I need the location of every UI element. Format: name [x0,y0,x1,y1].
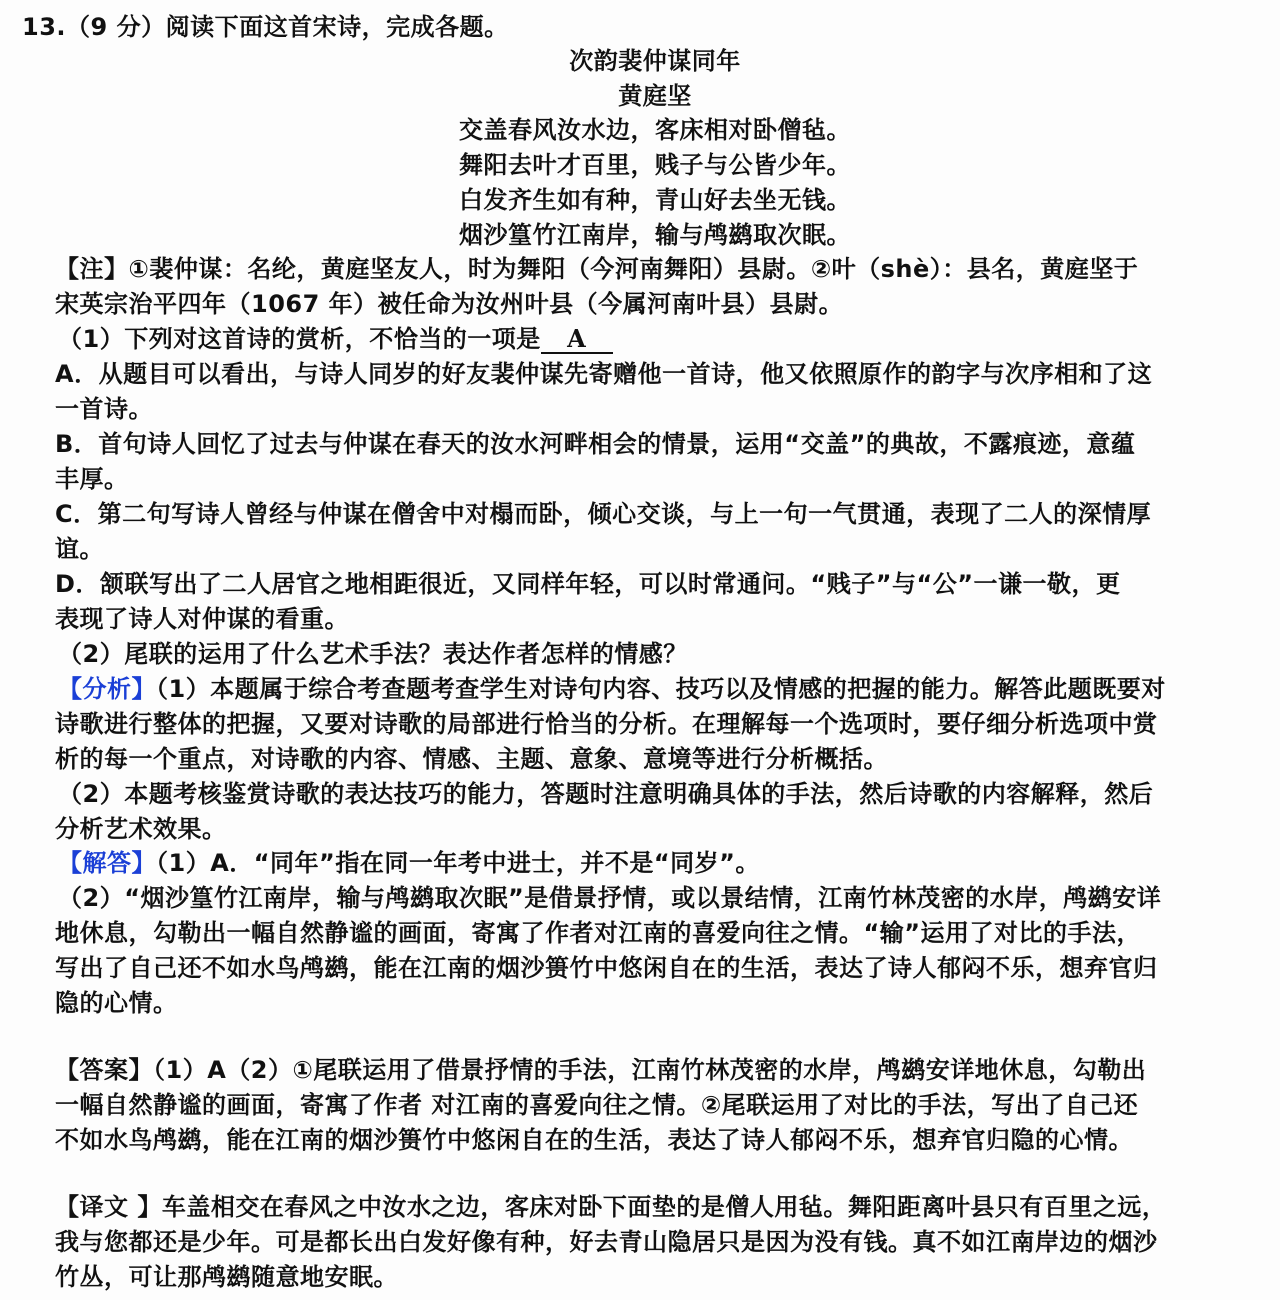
poem-author: 黄庭坚 [0,79,1280,113]
poem-line: 白发齐生如有种，青山好去坐无钱。 [0,183,1280,217]
option-b-line: B．首句诗人回忆了过去与仲谋在春天的汝水河畔相会的情景，运用“交盖”的典故，不露… [55,427,1135,461]
solution-line: 隐的心情。 [55,986,178,1020]
solution-line: 写出了自己还不如水鸟鸬鹚，能在江南的烟沙篑竹中悠闲自在的生活，表达了诗人郁闷不乐… [55,951,1158,985]
sub-question-1-prompt: （1）下列对这首诗的赏析，不恰当的一项是 [58,325,541,353]
analysis-line: 诗歌进行整体的把握，又要对诗歌的局部进行恰当的分析。在理解每一个选项时，要仔细分… [55,707,1158,741]
analysis-line: （2）本题考核鉴赏诗歌的表达技巧的能力，答题时注意明确具体的手法，然后诗歌的内容… [58,777,1153,811]
solution-line: 地休息，勾勒出一幅自然静谧的画面，寄寓了作者对江南的喜爱向往之情。“输”运用了对… [55,916,1141,950]
analysis-text: （1）本题属于综合考查题考查学生对诗句内容、技巧以及情感的把握的能力。解答此题既… [156,675,1166,703]
translation-line: 【译文 】车盖相交在春风之中汝水之边，客床对卧下面垫的是僧人用毡。舞阳距离叶县只… [55,1190,1166,1224]
option-d-line: D．颔联写出了二人居官之地相距很近，又同样年轻，可以时常通问。“贱子”与“公”一… [55,567,1121,601]
option-b-line: 丰厚。 [55,462,129,496]
translation-line: 我与您都还是少年。可是都长出白发好像有种，好去青山隐居只是因为没有钱。真不如江南… [55,1225,1158,1259]
sub-question-1: （1）下列对这首诗的赏析，不恰当的一项是A [58,322,613,356]
solution-line: 【解答】（1）A．“同年”指在同一年考中进士，并不是“同岁”。 [58,846,760,880]
solution-text: （1）A．“同年”指在同一年考中进士，并不是“同岁”。 [156,849,760,877]
poem-line: 舞阳去叶才百里，贱子与公皆少年。 [0,148,1280,182]
option-c-line: 谊。 [55,532,104,566]
option-d-line: 表现了诗人对仲谋的看重。 [55,602,349,636]
analysis-label: 【分析】 [58,675,156,703]
answer-key-line: 一幅自然静谧的画面，寄寓了作者 对江南的喜爱向往之情。②尾联运用了对比的手法，写… [55,1088,1138,1122]
poem-line: 交盖春风汝水边，客床相对卧僧毡。 [0,113,1280,147]
poem-line: 烟沙篁竹江南岸，输与鸬鹚取次眠。 [0,218,1280,252]
answer-key-line: 不如水鸟鸬鹚，能在江南的烟沙篑竹中悠闲自在的生活，表达了诗人郁闷不乐，想弃官归隐… [55,1123,1133,1157]
solution-label: 【解答】 [58,849,156,877]
exam-page: 13.（9 分）阅读下面这首宋诗，完成各题。 次韵裴仲谋同年 黄庭坚 交盖春风汝… [0,0,1280,1300]
analysis-line: 【分析】（1）本题属于综合考查题考查学生对诗句内容、技巧以及情感的把握的能力。解… [58,672,1166,706]
option-a-line: 一首诗。 [55,392,153,426]
analysis-line: 分析艺术效果。 [55,812,227,846]
sub-question-2: （2）尾联的运用了什么艺术手法？表达作者怎样的情感？ [58,637,688,671]
option-c-line: C．第二句写诗人曾经与仲谋在僧舍中对榻而卧，倾心交谈，与上一句一气贯通，表现了二… [55,497,1151,531]
note-line: 宋英宗治平四年（1067 年）被任命为汝州叶县（今属河南叶县）县尉。 [55,287,843,321]
note-line: 【注】①裴仲谋：名纶，黄庭坚友人，时为舞阳（今河南舞阳）县尉。②叶（shè）：县… [55,252,1138,286]
question-title: 13.（9 分）阅读下面这首宋诗，完成各题。 [22,10,509,44]
answer-key-line: 【答案】（1）A（2）①尾联运用了借景抒情的手法，江南竹林茂密的水岸，鸬鹚安详地… [55,1053,1146,1087]
poem-title: 次韵裴仲谋同年 [0,44,1280,78]
answer-blank: A [541,326,613,354]
solution-line: （2）“烟沙篁竹江南岸，输与鸬鹚取次眠”是借景抒情，或以景结情，江南竹林茂密的水… [58,881,1161,915]
option-a-line: A．从题目可以看出，与诗人同岁的好友裴仲谋先寄赠他一首诗，他又依照原作的韵字与次… [55,357,1152,391]
translation-line: 竹丛，可让那鸬鹚随意地安眠。 [55,1260,398,1294]
analysis-line: 析的每一个重点，对诗歌的内容、情感、主题、意象、意境等进行分析概括。 [55,742,888,776]
